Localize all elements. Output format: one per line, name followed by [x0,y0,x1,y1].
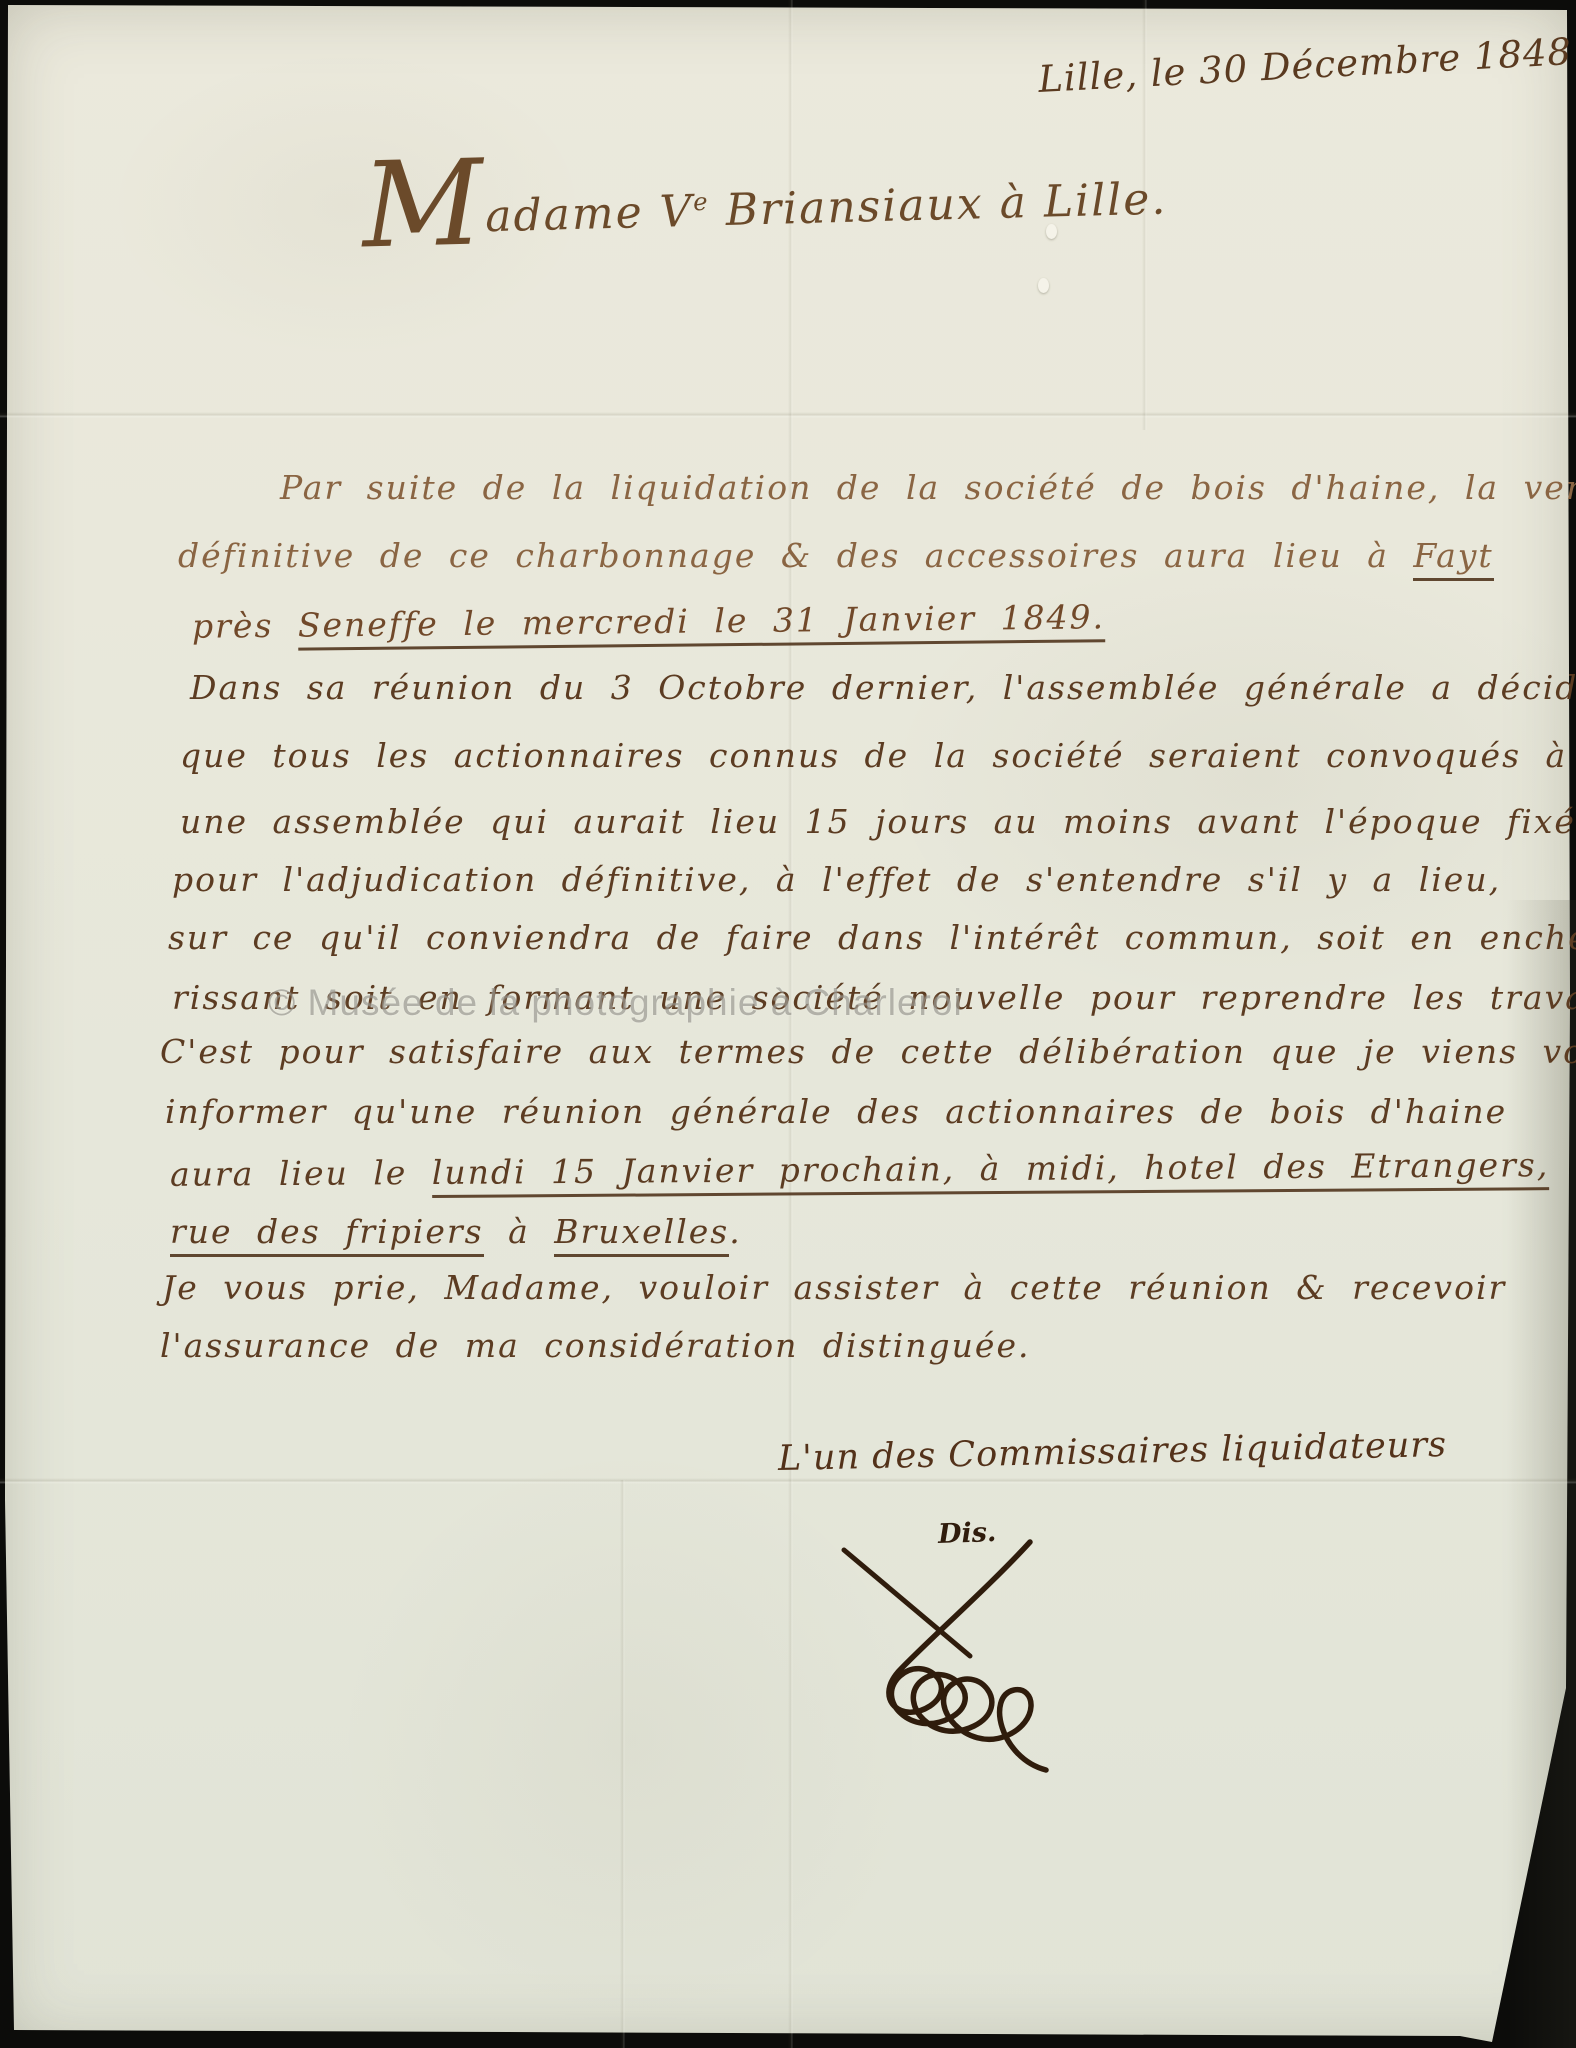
letter-line: l'assurance de ma considération distingu… [160,1326,1030,1365]
line-text: l'assurance de ma considération distingu… [160,1326,1030,1365]
line-text: à [484,1212,555,1251]
line-text: Par suite de la liquidation de la sociét… [280,468,1576,507]
letter-line: informer qu'une réunion générale des act… [165,1092,1507,1131]
line-text: C'est pour satisfaire aux termes de cett… [160,1032,1576,1071]
line-text-underlined: rue des fripiers [170,1212,484,1257]
letter-line: C'est pour satisfaire aux termes de cett… [160,1032,1576,1071]
line-text: définitive de ce charbonnage & des acces… [178,536,1413,575]
letter-line: aura lieu le lundi 15 Janvier prochain, … [170,1145,1550,1194]
line-text: que tous les actionnaires connus de la s… [180,736,1567,775]
salutation-initial: M [360,133,486,274]
signature-flourish [822,1528,1122,1778]
line-text-underlined: Seneffe le mercredi le 31 Janvier 1849. [298,597,1106,650]
museum-watermark: © Musée de la photographie à Charleroi [268,982,1328,1024]
line-text: Dans sa réunion du 3 Octobre dernier, l'… [190,668,1576,707]
line-text: informer qu'une réunion générale des act… [165,1092,1507,1131]
line-text: une assemblée qui aurait lieu 15 jours a… [180,802,1576,841]
letter-line: que tous les actionnaires connus de la s… [180,736,1567,775]
line-text: pour l'adjudication définitive, à l'effe… [172,860,1501,899]
paper-hole [1038,278,1049,293]
letter-line: pour l'adjudication définitive, à l'effe… [172,860,1501,899]
line-text: aura lieu le [170,1153,432,1194]
line-text: sur ce qu'il conviendra de faire dans l'… [168,918,1576,957]
line-text: Je vous prie, Madame, vouloir assister à… [162,1268,1506,1307]
letter-line: Dans sa réunion du 3 Octobre dernier, l'… [190,668,1576,707]
letter-line: une assemblée qui aurait lieu 15 jours a… [180,802,1576,841]
letter-line: définitive de ce charbonnage & des acces… [178,536,1494,575]
line-text: . [729,1212,742,1251]
letter-line: Par suite de la liquidation de la sociét… [280,468,1576,507]
scan-background: Lille, le 30 Décembre 1848 Madame Ve Bri… [0,0,1576,2048]
line-text: près [192,606,298,646]
letter-line: Je vous prie, Madame, vouloir assister à… [162,1268,1506,1307]
line-text-underlined: Bruxelles [554,1212,729,1257]
letter-line: sur ce qu'il conviendra de faire dans l'… [168,918,1576,957]
line-text-underlined: lundi 15 Janvier prochain, à midi, hotel… [432,1145,1550,1198]
letter-paper [0,0,1576,2048]
salutation-superscript: e [693,188,710,216]
letter-line: rue des fripiers à Bruxelles. [170,1212,742,1251]
line-text-underlined: Fayt [1413,536,1493,581]
salutation-text: adame V [485,186,694,242]
letter-line: près Seneffe le mercredi le 31 Janvier 1… [192,597,1105,646]
salutation-text: Briansiaux à Lille. [709,173,1168,236]
